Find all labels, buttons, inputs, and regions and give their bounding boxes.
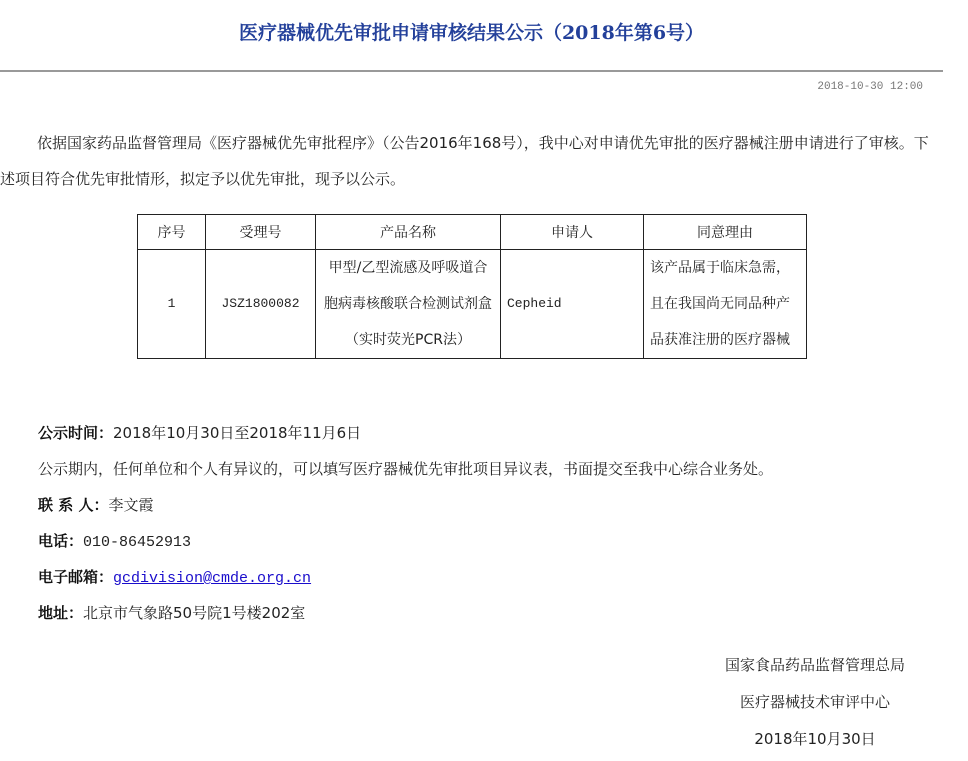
contact-value: 李文霞 [108,496,153,514]
table-header-row: 序号 受理号 产品名称 申请人 同意理由 [138,215,807,250]
objection-row: 公示期内，任何单位和个人有异议的，可以填写医疗器械优先审批项目异议表，书面提交至… [38,454,773,490]
results-table: 序号 受理号 产品名称 申请人 同意理由 1 JSZ1800082 甲型/乙型流… [137,214,807,359]
title-divider [0,70,943,72]
address-row: 地址：北京市气象路50号院1号楼202室 [38,598,773,634]
column-header-reason: 同意理由 [644,215,807,250]
intro-paragraph: 依据国家药品监督管理局《医疗器械优先审批程序》（公告2016年168号），我中心… [0,125,935,197]
cell-applicant: Cepheid [501,250,644,359]
signature-date: 2018年10月30日 [690,724,940,761]
period-row: 公示时间：2018年10月30日至2018年11月6日 [38,418,773,454]
phone-value: 010-86452913 [83,534,191,551]
column-header-applicant: 申请人 [501,215,644,250]
cell-no: 1 [138,250,206,359]
publish-timestamp: 2018-10-30 12:00 [817,81,923,93]
signature-org-2: 医疗器械技术审评中心 [690,687,940,724]
period-value: 2018年10月30日至2018年11月6日 [113,424,361,442]
address-label: 地址： [38,604,83,622]
signature-org-1: 国家食品药品监督管理总局 [690,650,940,687]
notice-info: 公示时间：2018年10月30日至2018年11月6日 公示期内，任何单位和个人… [38,418,773,634]
phone-label: 电话： [38,532,83,550]
cell-product-name: 甲型/乙型流感及呼吸道合胞病毒核酸联合检测试剂盒（实时荧光PCR法） [316,250,501,359]
column-header-no: 序号 [138,215,206,250]
email-link[interactable]: gcdivision@cmde.org.cn [113,570,311,587]
objection-text: 公示期内，任何单位和个人有异议的，可以填写医疗器械优先审批项目异议表，书面提交至… [38,460,773,478]
table-row: 1 JSZ1800082 甲型/乙型流感及呼吸道合胞病毒核酸联合检测试剂盒（实时… [138,250,807,359]
period-label: 公示时间： [38,424,113,442]
column-header-product-name: 产品名称 [316,215,501,250]
contact-row: 联 系 人：李文霞 [38,490,773,526]
column-header-acceptance-no: 受理号 [206,215,316,250]
contact-label: 联 系 人： [38,496,108,514]
page-title: 医疗器械优先审批申请审核结果公示（2018年第6号） [0,18,943,45]
address-value: 北京市气象路50号院1号楼202室 [83,604,305,622]
cell-reason: 该产品属于临床急需，且在我国尚无同品种产品获准注册的医疗器械 [644,250,807,359]
phone-row: 电话：010-86452913 [38,526,773,562]
cell-acceptance-no: JSZ1800082 [206,250,316,359]
email-label: 电子邮箱： [38,568,113,586]
signature-block: 国家食品药品监督管理总局 医疗器械技术审评中心 2018年10月30日 [690,650,940,761]
email-row: 电子邮箱：gcdivision@cmde.org.cn [38,562,773,598]
